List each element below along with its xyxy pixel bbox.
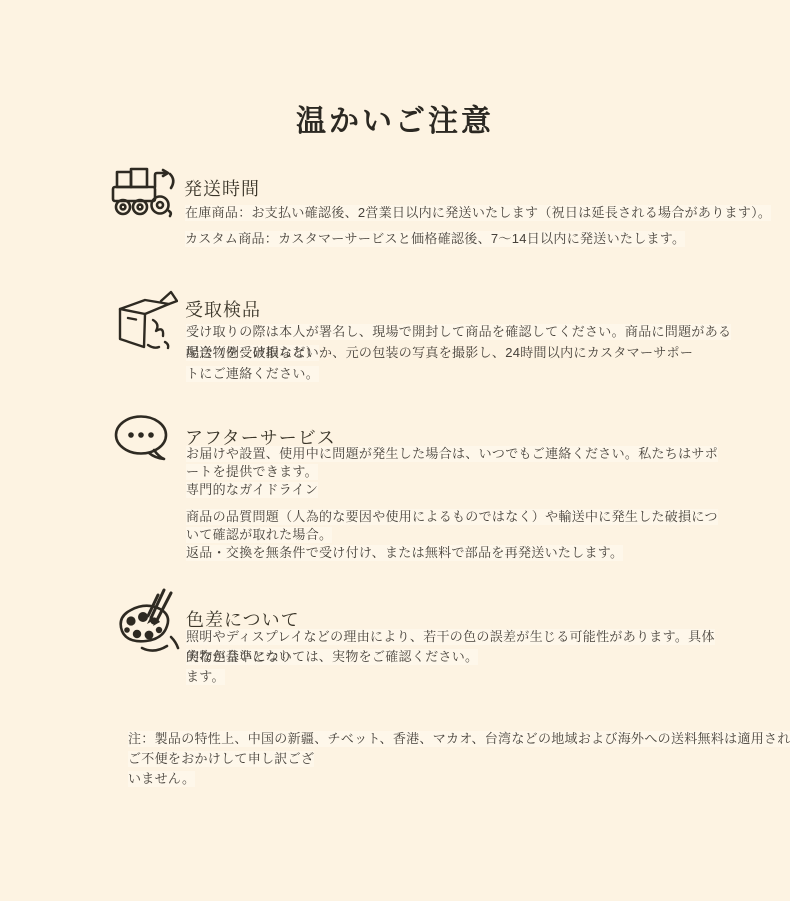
section-receipt-inspection: 受取検品 受け取りの際は本人が署名し、現場で開封して商品を確認してください。商品… (112, 287, 752, 397)
after-service-text-line: 返品・交換を無条件で受け付け、または無料で部品を再発送いたします。 (186, 545, 623, 561)
section-color-difference: 色差について 照明やディスプレイなどの理由により、若干の色の誤差が生じる可能性が… (112, 585, 752, 695)
inspection-text-line: 受け取りの際は本人が署名し、現場で開封して商品を確認してください。商品に問題があ… (186, 324, 731, 340)
color-difference-text-line: 照明やディスプレイなどの理由により、若干の色の誤差が生じる可能性があります。具体 (186, 629, 715, 645)
section-after-service: アフターサービス お届けや設置、使用中に問題が発生した場合は、いつでもご連絡くだ… (113, 413, 753, 573)
section-heading-inspection: 受取検品 (185, 296, 261, 322)
truck-icon (110, 162, 180, 223)
footnote: 注：製品の特性上、中国の新疆、チベット、香港、マカオ、台湾などの地域および海外へ… (128, 731, 790, 787)
footnote-line: 注：製品の特性上、中国の新疆、チベット、香港、マカオ、台湾などの地域および海外へ… (128, 731, 790, 747)
color-difference-text-line-overlap: 実物が基準となり (186, 649, 292, 665)
warm-notice-page: { "colors": { "background": "#fdf3e2", "… (0, 0, 790, 901)
after-service-text-line: 専門的なガイドライン (186, 482, 318, 498)
after-service-text-line: ートを提供できます。 (186, 464, 318, 480)
inspection-text-line: トにご連絡ください。 (186, 366, 319, 382)
chat-bubble-icon (113, 413, 173, 470)
section-heading-shipping: 発送時間 (184, 175, 260, 201)
after-service-text-line: いて確認が取れた場合。 (186, 527, 332, 543)
box-icon (112, 287, 178, 358)
after-service-text-line: お届けや設置、使用中に問題が発生した場合は、いつでもご連絡ください。私たちはサポ (186, 446, 718, 462)
shipping-text-line: カスタム商品：カスタマーサービスと価格確認後、7〜14日以内に発送いたします。 (185, 231, 685, 247)
footnote-line: ご不便をおかけして申し訳ござ (128, 751, 314, 767)
after-service-text-line: 商品の品質問題（人為的な要因や使用によるものではなく）や輸送中に発生した破損につ (186, 509, 718, 525)
color-difference-text-line: ます。 (186, 669, 225, 685)
palette-icon (112, 585, 184, 664)
page-title: 温かいご注意 (0, 96, 790, 140)
section-shipping-time: 発送時間 在庫商品：お支払い確認後、2営業日以内に発送いたします（祝日は延長され… (110, 162, 750, 262)
footnote-line: いません。 (128, 771, 195, 787)
shipping-text-line: 在庫商品：お支払い確認後、2営業日以内に発送いたします（祝日は延長される場合があ… (185, 205, 771, 221)
inspection-text-line-overlap: 配送物を受け取らないか、元の包装の写真を撮影し、24時間以内にカスタマーサポー (186, 345, 693, 361)
